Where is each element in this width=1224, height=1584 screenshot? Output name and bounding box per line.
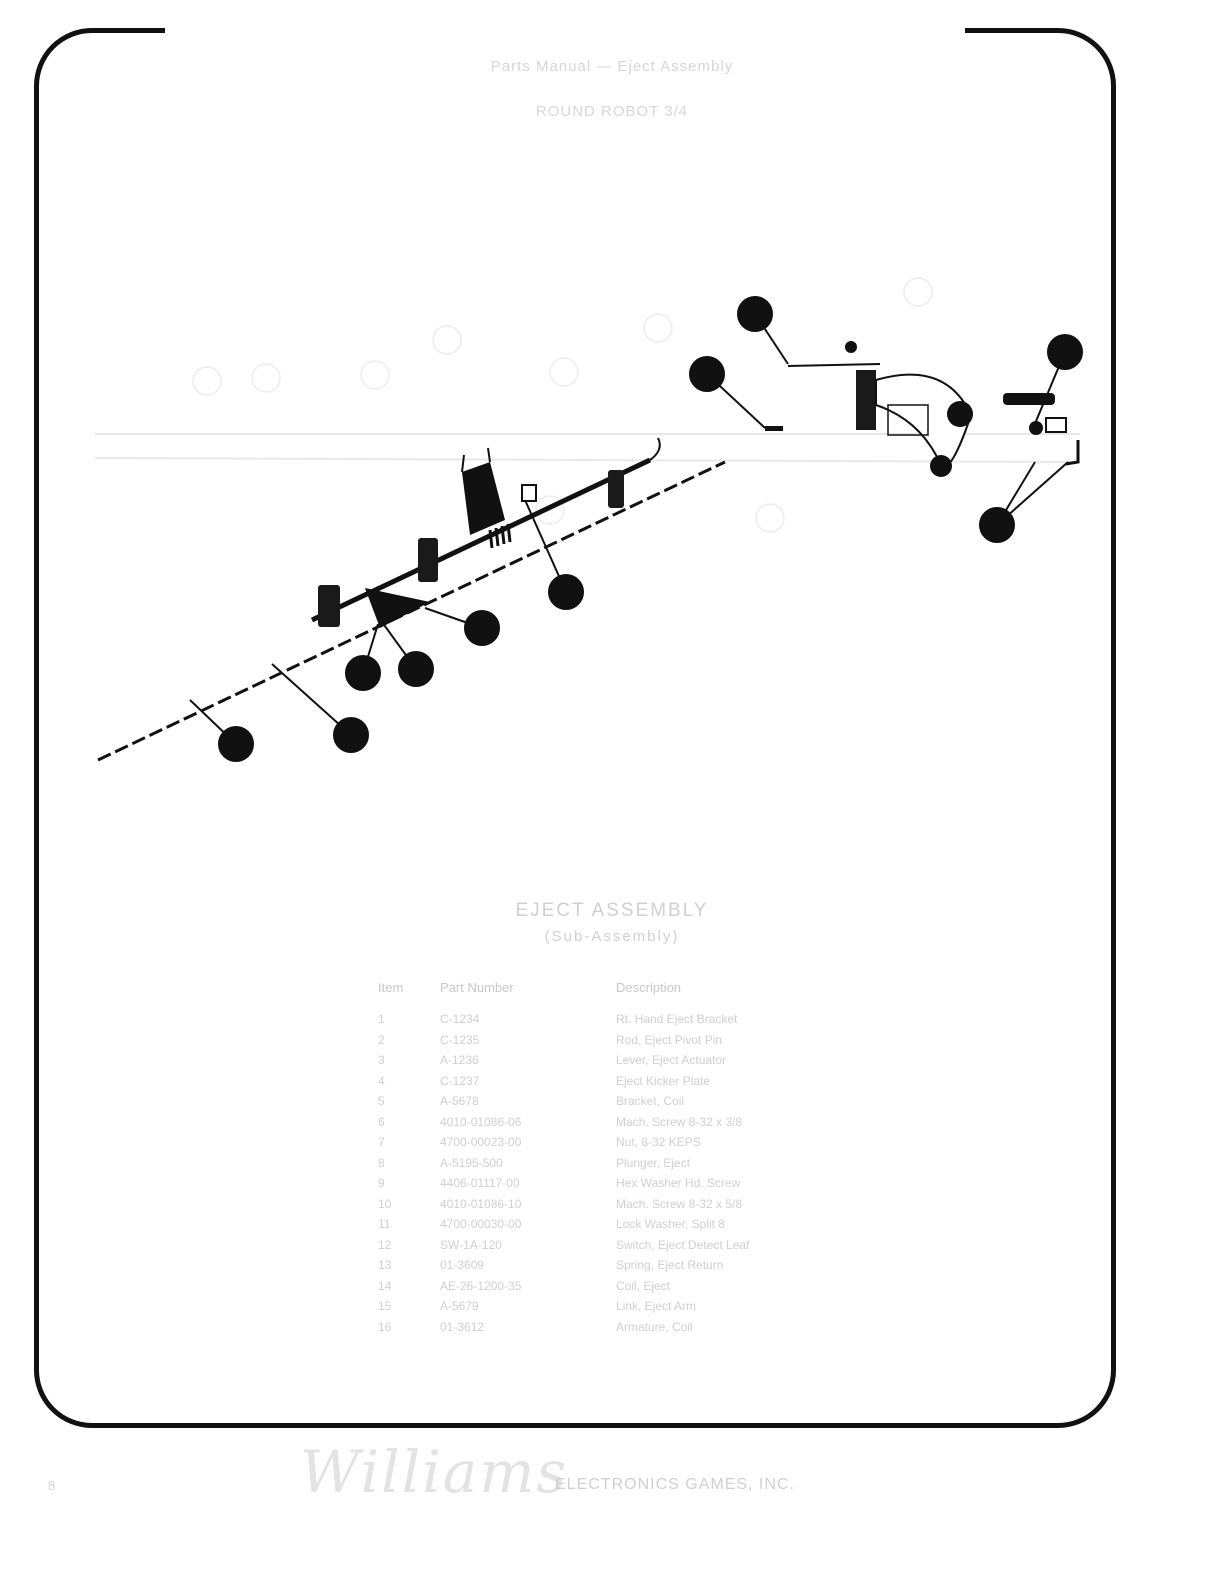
part-number: 4406-01117-00: [440, 1173, 616, 1194]
description: Rt. Hand Eject Bracket: [616, 1009, 876, 1030]
table-row: 104010-01086-10Mach. Screw 8-32 x 5/8: [370, 1194, 876, 1215]
table-row: 1C-1234Rt. Hand Eject Bracket: [370, 1009, 876, 1030]
description: Hex Washer Hd. Screw: [616, 1173, 876, 1194]
table-row: 64010-01086-06Mach. Screw 8-32 x 3/8: [370, 1112, 876, 1133]
page-number: 8: [48, 1478, 55, 1493]
eject-mechanism: [765, 341, 1078, 477]
parts-list-subtitle: (Sub-Assembly): [0, 928, 1224, 945]
part-number: A-5195-500: [440, 1153, 616, 1174]
part-number: 4700-00030-00: [440, 1214, 616, 1235]
rod-hook: [650, 438, 660, 460]
table-row: 15A-5679Link, Eject Arm: [370, 1296, 876, 1317]
table-row: 8A-5195-500Plunger, Eject: [370, 1153, 876, 1174]
description: Rod, Eject Pivot Pin: [616, 1030, 876, 1051]
description: Spring, Eject Return: [616, 1255, 876, 1276]
table-row: 3A-1236Lever, Eject Actuator: [370, 1050, 876, 1071]
description: Link, Eject Arm: [616, 1296, 876, 1317]
collar-part: [608, 470, 624, 508]
part-number: A-5679: [440, 1296, 616, 1317]
column-header-item: Item: [370, 980, 440, 1009]
callout-balloon: [690, 357, 724, 391]
item-number: 8: [370, 1153, 440, 1174]
table-row: 2C-1235Rod, Eject Pivot Pin: [370, 1030, 876, 1051]
table-row: 114700-00030-00Lock Washer, Split 8: [370, 1214, 876, 1235]
collar-part: [418, 538, 438, 582]
callout-balloons: [190, 297, 1082, 761]
item-number: 12: [370, 1235, 440, 1256]
part-number: 4700-00023-00: [440, 1132, 616, 1153]
table-row: 74700-00023-00Nut, 8-32 KEPS: [370, 1132, 876, 1153]
callout-balloon: [346, 656, 380, 690]
description: Armature, Coil: [616, 1317, 876, 1338]
callout-balloon: [980, 508, 1014, 542]
item-number: 1: [370, 1009, 440, 1030]
description: Lock Washer, Split 8: [616, 1214, 876, 1235]
company-name: ELECTRONICS GAMES, INC.: [555, 1476, 795, 1494]
description: Plunger, Eject: [616, 1153, 876, 1174]
part-number: 01-3612: [440, 1317, 616, 1338]
callout-balloon: [1048, 335, 1082, 369]
coil-body: [462, 462, 505, 535]
item-number: 15: [370, 1296, 440, 1317]
item-number: 14: [370, 1276, 440, 1297]
description: Bracket, Coil: [616, 1091, 876, 1112]
part-number: C-1237: [440, 1071, 616, 1092]
callout-balloon: [465, 611, 499, 645]
column-header-description: Description: [616, 980, 876, 1009]
small-clip: [522, 485, 536, 501]
callout-balloon: [334, 718, 368, 752]
callout-balloon: [549, 575, 583, 609]
part-number: 4010-01086-10: [440, 1194, 616, 1215]
description: Mach. Screw 8-32 x 5/8: [616, 1194, 876, 1215]
brand-logo-script: Williams: [300, 1438, 568, 1506]
parts-table-header: Item Part Number Description: [370, 980, 876, 1009]
item-number: 9: [370, 1173, 440, 1194]
collar-part: [318, 585, 340, 627]
item-number: 11: [370, 1214, 440, 1235]
description: Mach. Screw 8-32 x 3/8: [616, 1112, 876, 1133]
callout-balloon: [399, 652, 433, 686]
triangle-link: [365, 588, 430, 628]
item-number: 13: [370, 1255, 440, 1276]
faint-reference-balloons: [193, 278, 932, 532]
exploded-parts-diagram: [0, 0, 1224, 860]
table-row: 12SW-1A-120Switch, Eject Detect Leaf: [370, 1235, 876, 1256]
item-number: 3: [370, 1050, 440, 1071]
description: Coil, Eject: [616, 1276, 876, 1297]
part-number: AE-26-1200-35: [440, 1276, 616, 1297]
table-row: 1601-3612Armature, Coil: [370, 1317, 876, 1338]
part-number: 01-3609: [440, 1255, 616, 1276]
item-number: 2: [370, 1030, 440, 1051]
parts-list-title: EJECT ASSEMBLY: [0, 900, 1224, 922]
part-number: C-1234: [440, 1009, 616, 1030]
item-number: 7: [370, 1132, 440, 1153]
item-number: 10: [370, 1194, 440, 1215]
callout-balloon: [219, 727, 253, 761]
callout-balloon: [738, 297, 772, 331]
description: Nut, 8-32 KEPS: [616, 1132, 876, 1153]
item-number: 4: [370, 1071, 440, 1092]
part-number: C-1235: [440, 1030, 616, 1051]
part-number: SW-1A-120: [440, 1235, 616, 1256]
column-header-part-number: Part Number: [440, 980, 616, 1009]
item-number: 16: [370, 1317, 440, 1338]
table-row: 1301-3609Spring, Eject Return: [370, 1255, 876, 1276]
table-row: 14AE-26-1200-35Coil, Eject: [370, 1276, 876, 1297]
item-number: 5: [370, 1091, 440, 1112]
parts-table: Item Part Number Description 1C-1234Rt. …: [370, 980, 876, 1337]
table-row: 4C-1237Eject Kicker Plate: [370, 1071, 876, 1092]
item-number: 6: [370, 1112, 440, 1133]
table-row: 94406-01117-00Hex Washer Hd. Screw: [370, 1173, 876, 1194]
part-number: A-5678: [440, 1091, 616, 1112]
description: Lever, Eject Actuator: [616, 1050, 876, 1071]
part-number: 4010-01086-06: [440, 1112, 616, 1133]
part-number: A-1236: [440, 1050, 616, 1071]
description: Eject Kicker Plate: [616, 1071, 876, 1092]
table-row: 5A-5678Bracket, Coil: [370, 1091, 876, 1112]
description: Switch, Eject Detect Leaf: [616, 1235, 876, 1256]
